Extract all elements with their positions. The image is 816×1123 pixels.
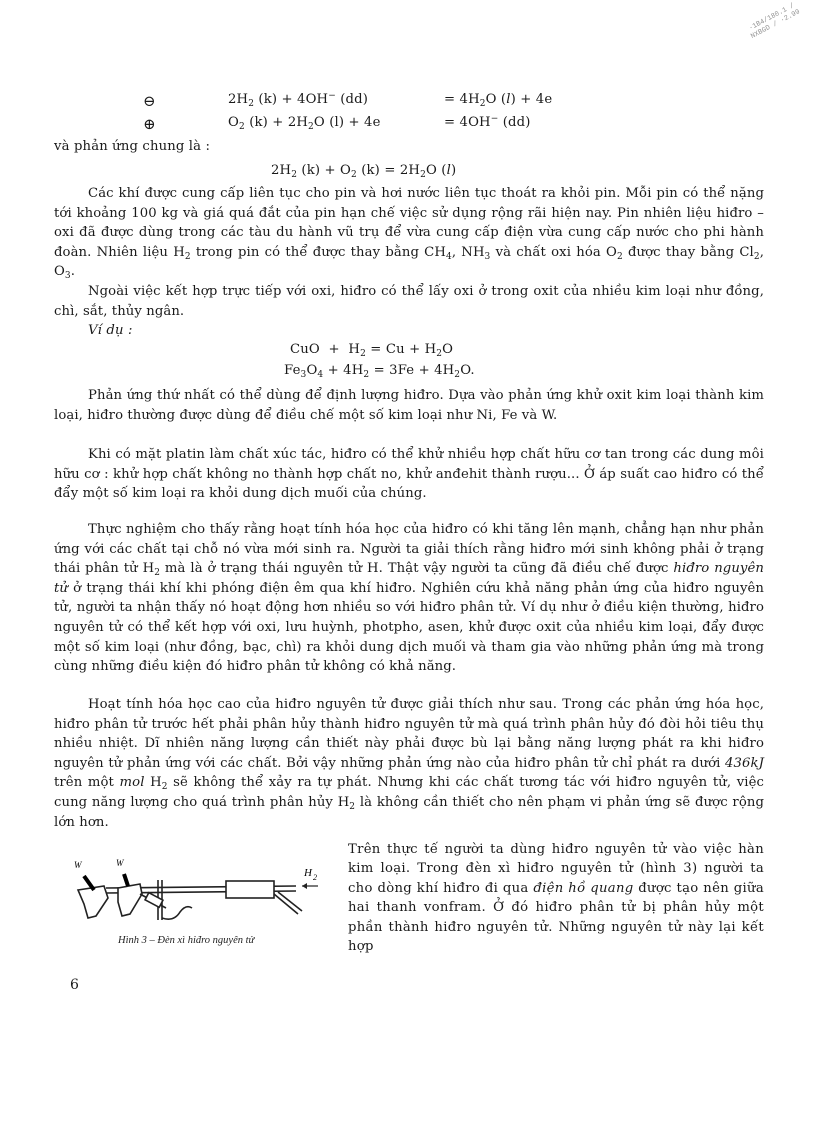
page-number: 6 bbox=[70, 977, 79, 993]
paragraph-oxide-reduction: Ngoài việc kết hợp trực tiếp với oxi, hi… bbox=[54, 282, 764, 321]
anode-equation-rhs: = 4H2O (l) + 4e bbox=[444, 92, 552, 107]
paragraph-atomic-hydrogen-activity: Hoạt tính hóa học cao của hiđro nguyên t… bbox=[54, 695, 764, 832]
overall-intro: và phản ứng chung là : bbox=[54, 139, 210, 154]
gas-inlet-label: H bbox=[303, 867, 313, 879]
paragraph-nascent-hydrogen: Thực nghiệm cho thấy rằng hoạt tính hóa … bbox=[54, 520, 764, 677]
anode-sign: ⊖ bbox=[143, 92, 156, 110]
paragraph-platinum-catalyst: Khi có mặt platin làm chất xúc tác, hiđr… bbox=[54, 445, 764, 504]
cathode-sign: ⊕ bbox=[143, 115, 156, 133]
paragraph-fuel-cell: Các khí được cung cấp liên tục cho pin v… bbox=[54, 184, 764, 282]
paragraph-welding: Trên thực tế người ta dùng hiđro nguyên … bbox=[348, 840, 764, 956]
electrode-label-2: W bbox=[116, 858, 125, 868]
example-label: Ví dụ : bbox=[88, 323, 133, 338]
cathode-equation-rhs: = 4OH− (dd) bbox=[444, 115, 531, 130]
svg-text:2: 2 bbox=[313, 873, 317, 882]
example-equation-1: CuO + H2 = Cu + H2O bbox=[290, 342, 453, 357]
library-stamp: ·1B4/180.1 / NXBGD / ·2.99 bbox=[744, 0, 813, 58]
electrode-label-1: W bbox=[74, 860, 83, 870]
figure-caption: Hình 3 – Đèn xì hiđro nguyên tử bbox=[118, 935, 254, 946]
hydrogen-torch-diagram: W W H 2 bbox=[66, 856, 326, 936]
example-equation-2: Fe3O4 + 4H2 = 3Fe + 4H2O. bbox=[284, 363, 475, 378]
anode-equation-lhs: 2H2 (k) + 4OH− (dd) bbox=[228, 92, 368, 107]
paragraph-quantification: Phản ứng thứ nhất có thể dùng để định lư… bbox=[54, 386, 764, 425]
overall-equation: 2H2 (k) + O2 (k) = 2H2O (l) bbox=[271, 163, 456, 178]
cathode-equation-lhs: O2 (k) + 2H2O (l) + 4e bbox=[228, 115, 381, 130]
